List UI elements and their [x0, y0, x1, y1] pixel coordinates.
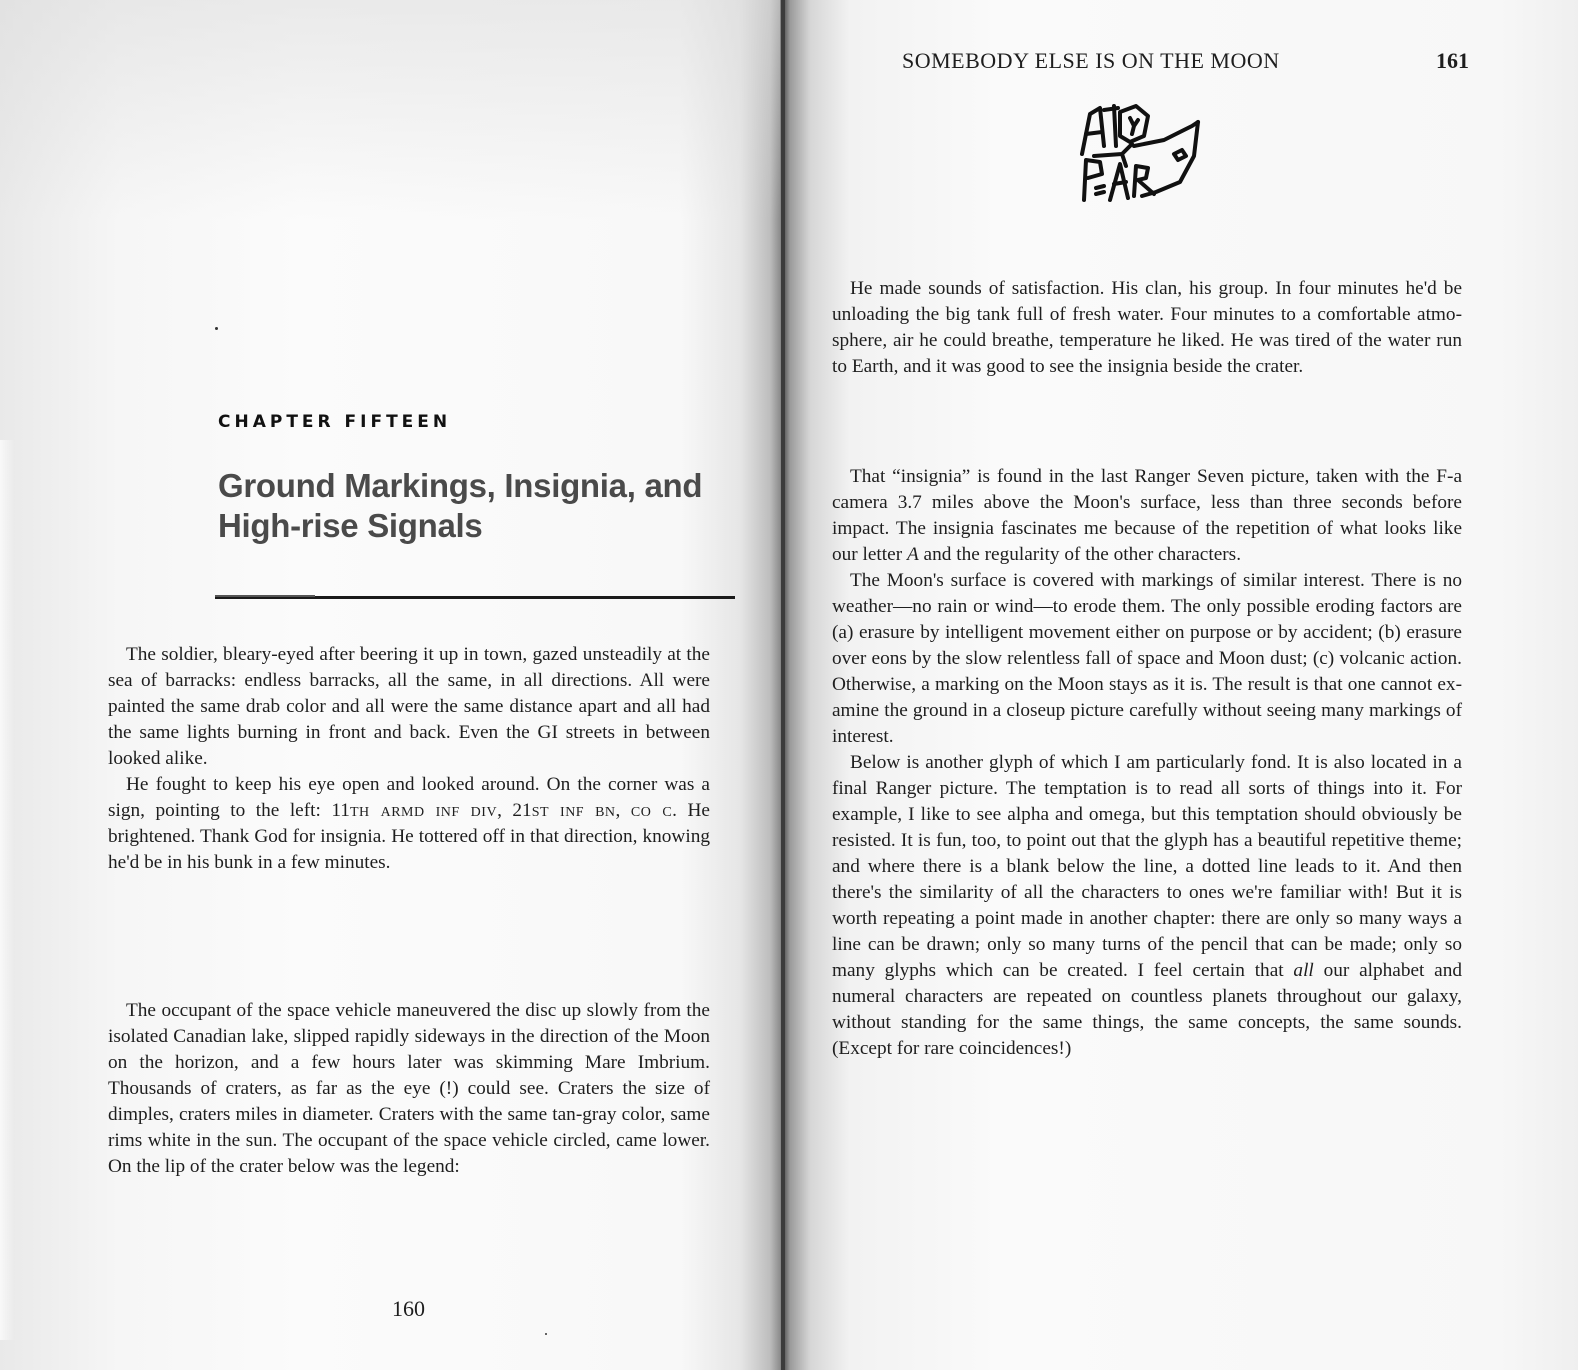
text-run: Below is another glyph of which I am par…: [832, 752, 1462, 981]
running-head: SOMEBODY ELSE IS ON THE MOON: [902, 48, 1280, 74]
text-run: ,: [616, 800, 631, 821]
page-edge-shading: [0, 440, 14, 1340]
chapter-title: Ground Markings, Insignia, and High-rise…: [218, 466, 738, 546]
paragraph: The soldier, bleary-eyed after beering i…: [108, 642, 710, 772]
print-speck: [215, 327, 218, 330]
paragraph: The Moon's surface is covered with marki…: [832, 568, 1462, 750]
text-run: , 21: [497, 800, 532, 821]
smallcaps-text: st inf bn: [532, 800, 616, 821]
paragraph: He made sounds of satisfaction. His clan…: [832, 276, 1462, 380]
book-gutter: [781, 0, 785, 1370]
left-text-block-1: The soldier, bleary-eyed after beering i…: [108, 642, 710, 876]
right-text-block-2: That “insignia” is found in the last Ran…: [832, 464, 1462, 1062]
italic-text: all: [1293, 960, 1313, 981]
insignia-glyph-icon: [1074, 96, 1219, 206]
paragraph: Below is another glyph of which I am par…: [832, 750, 1462, 1062]
text-run: The Moon's surface is covered with marki…: [832, 570, 1462, 747]
chapter-label: CHAPTER FIFTEEN: [218, 412, 451, 432]
paragraph: He fought to keep his eye open and looke…: [108, 772, 710, 876]
print-speck: [545, 1333, 547, 1335]
page-number: 161: [1436, 48, 1469, 74]
text-run: and the regularity of the other characte…: [919, 544, 1241, 565]
paragraph: The occupant of the space vehicle maneuv…: [108, 998, 710, 1180]
left-text-block-2: The occupant of the space vehicle maneuv…: [108, 998, 710, 1180]
right-text-block-1: He made sounds of satisfaction. His clan…: [832, 276, 1462, 380]
smallcaps-text: co c: [631, 800, 672, 821]
page-number: 160: [392, 1296, 425, 1322]
left-page: CHAPTER FIFTEEN Ground Markings, Insigni…: [0, 0, 780, 1370]
italic-text: A: [907, 544, 919, 565]
book-spread: CHAPTER FIFTEEN Ground Markings, Insigni…: [0, 0, 1578, 1370]
chapter-divider: [215, 596, 735, 599]
paragraph: That “insignia” is found in the last Ran…: [832, 464, 1462, 568]
smallcaps-text: th armd inf div: [350, 800, 497, 821]
right-page: SOMEBODY ELSE IS ON THE MOON 161: [786, 0, 1578, 1370]
